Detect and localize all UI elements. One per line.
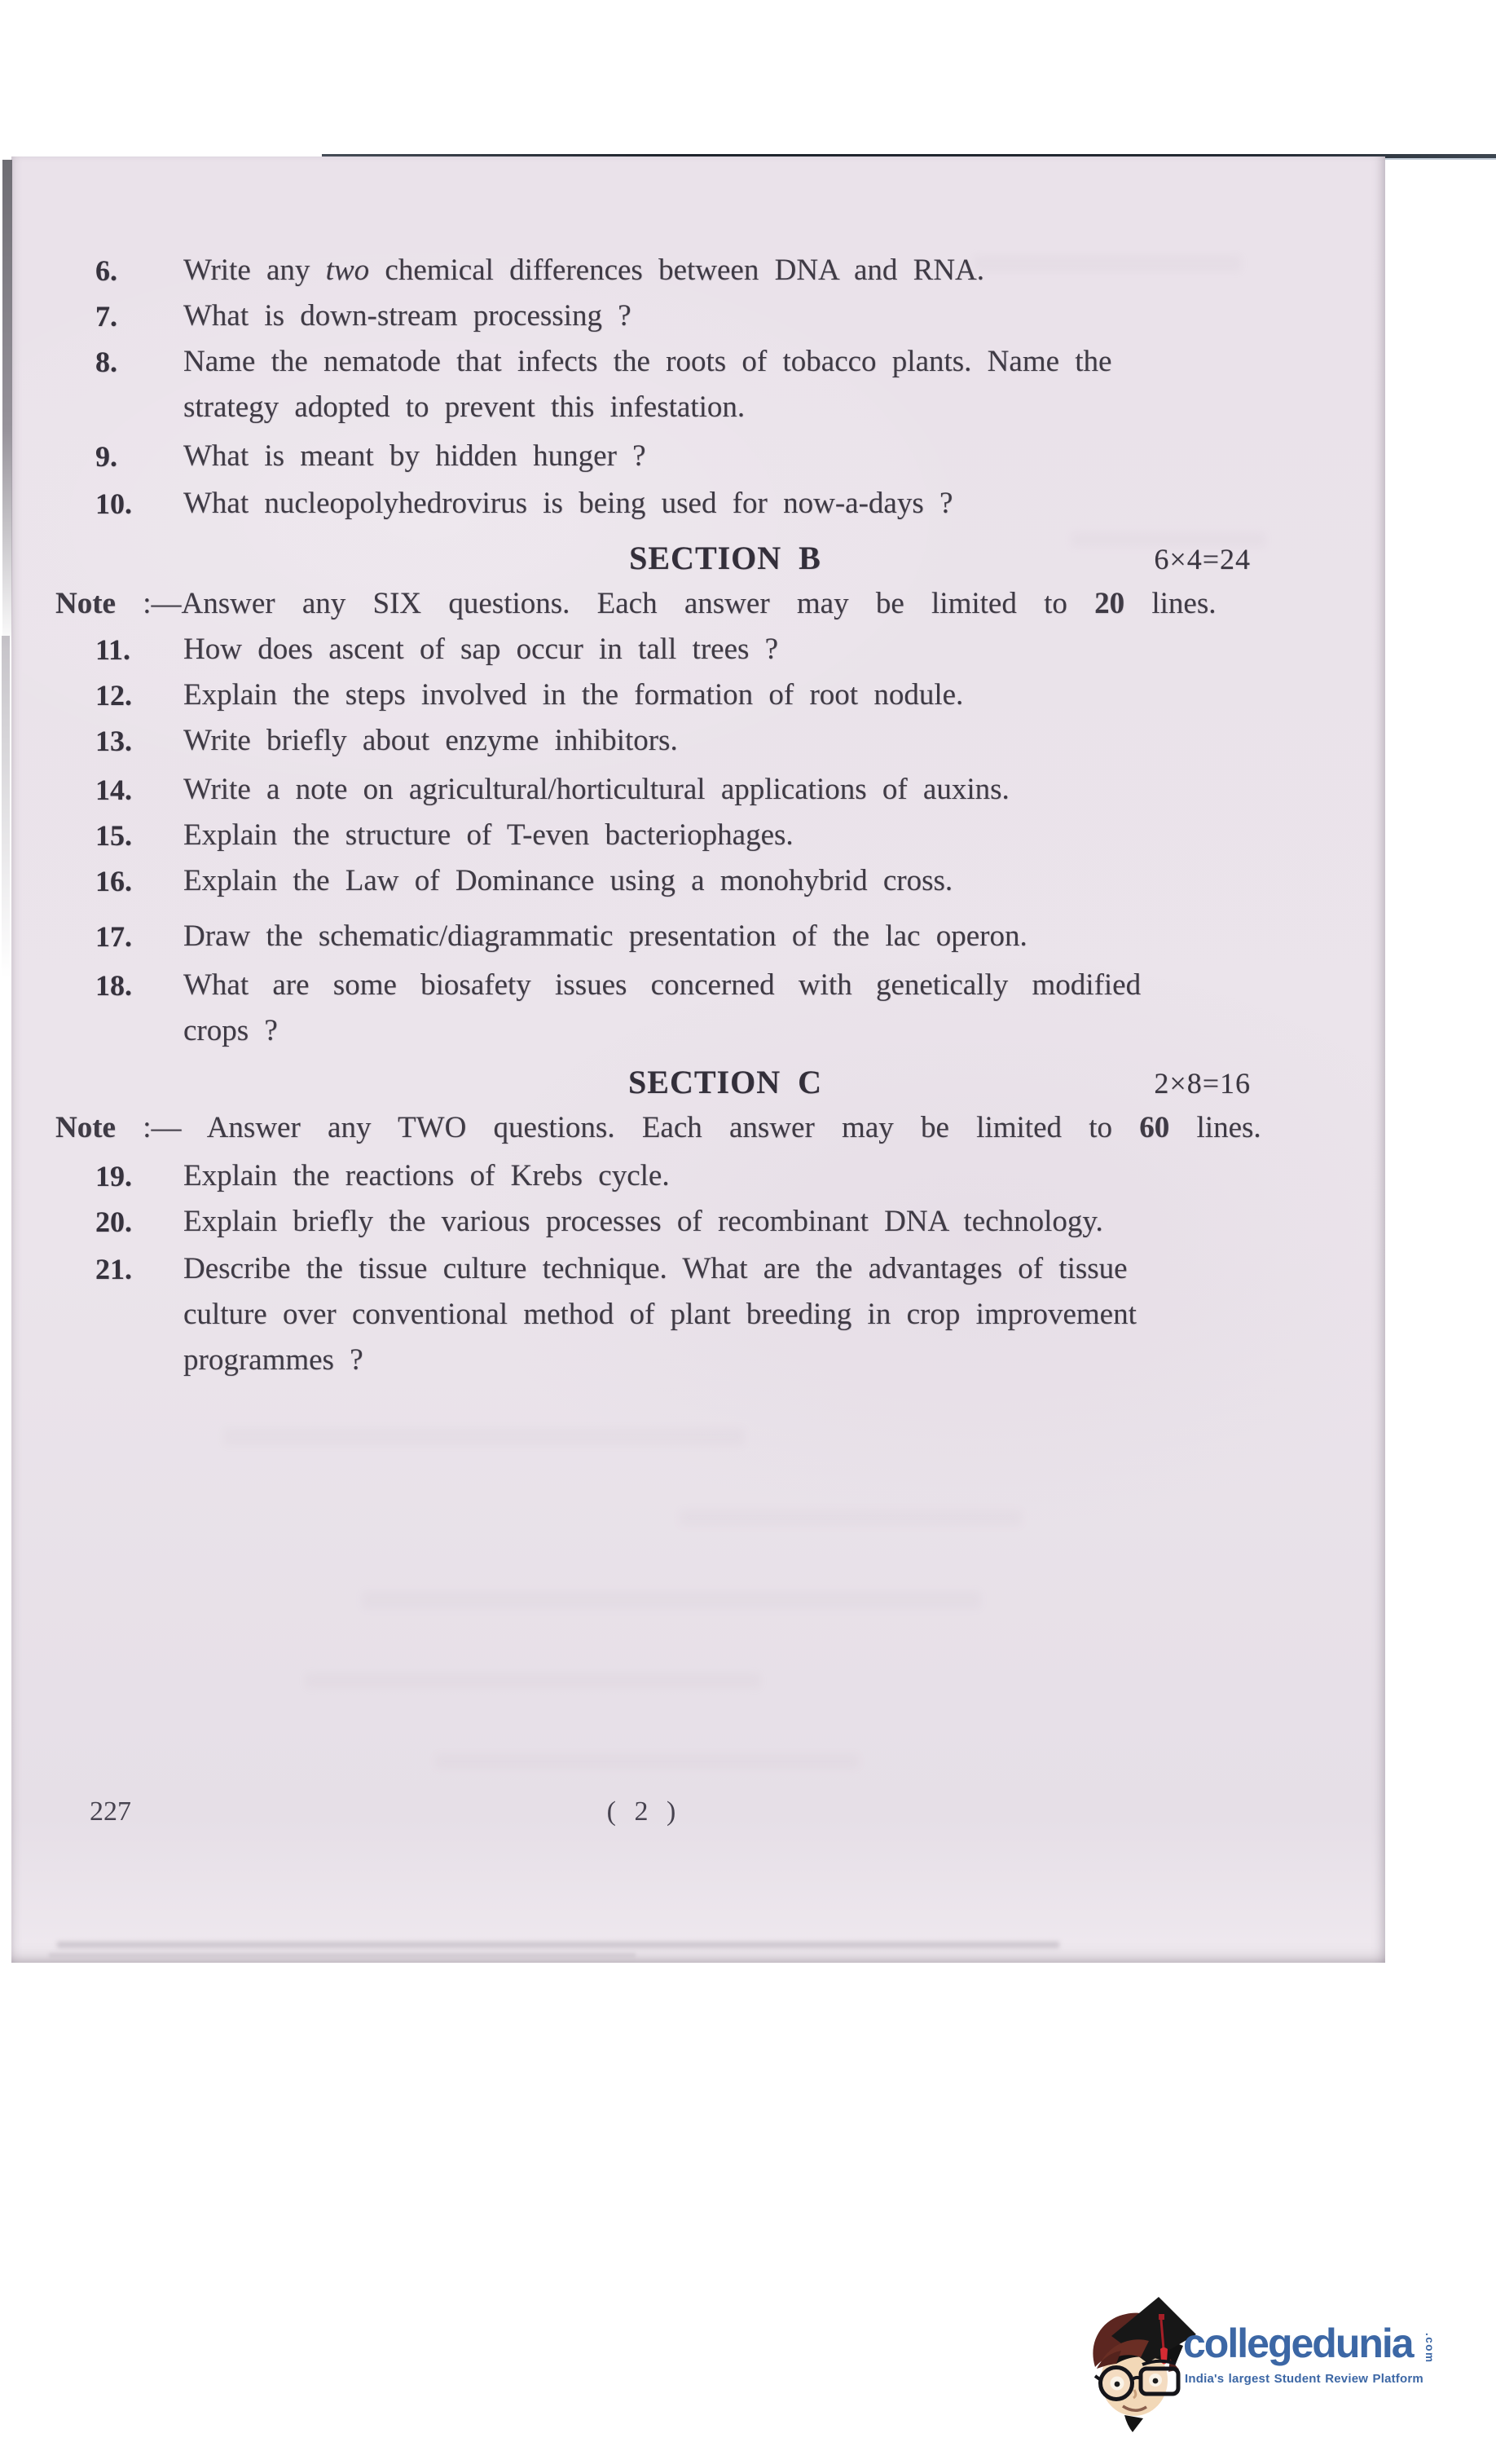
question-number: 17. [95, 914, 183, 959]
question-number: 12. [95, 672, 183, 718]
question-text: How does ascent of sap occur in tall tre… [183, 627, 1259, 672]
question-row: 20. Explain briefly the various processe… [95, 1199, 1385, 1245]
question-paper-sheet: 6. Write any two chemical differences be… [11, 156, 1385, 1963]
note-text: :—Answer any SIX questions. Each answer … [116, 587, 1094, 620]
bleed-through-smudge [435, 1754, 859, 1769]
scanned-exam-page: 6. Write any two chemical differences be… [0, 0, 1496, 2464]
question-text-italic: two [326, 253, 369, 287]
question-text: Draw the schematic/diagrammatic presenta… [183, 914, 1259, 959]
question-number: 20. [95, 1199, 183, 1245]
bleed-through-smudge [305, 1673, 761, 1689]
question-text: Write any two chemical differences betwe… [183, 248, 1259, 293]
question-text-line: Name the nematode that infects the roots… [183, 339, 1259, 385]
section-b-marks: 6×4=24 [1154, 536, 1251, 582]
question-row: 11. How does ascent of sap occur in tall… [95, 627, 1385, 672]
question-text: Explain the steps involved in the format… [183, 672, 1259, 718]
question-text-line: What are some biosafety issues concerned… [183, 963, 1259, 1008]
question-number: 21. [95, 1246, 183, 1383]
scan-left-edge-shadow-lower [2, 636, 10, 978]
question-row: 14. Write a note on agricultural/horticu… [95, 767, 1385, 813]
question-text-line: programmes ? [183, 1338, 1259, 1383]
section-c-marks: 2×8=16 [1154, 1060, 1251, 1106]
question-text: What nucleopolyhedrovirus is being used … [183, 481, 1259, 527]
brand-domain-suffix: .com [1423, 2333, 1436, 2364]
scan-bottom-streak [57, 1942, 1059, 1948]
question-number: 7. [95, 293, 183, 339]
brand-wordmark: collegedunia [1183, 2320, 1413, 2367]
question-number: 8. [95, 339, 183, 430]
question-text: Explain the reactions of Krebs cycle. [183, 1153, 1259, 1199]
graduate-mascot-icon [1084, 2287, 1199, 2442]
question-row: 17. Draw the schematic/diagrammatic pres… [95, 914, 1385, 959]
question-row: 12. Explain the steps involved in the fo… [95, 672, 1385, 718]
note-text: lines. [1124, 587, 1216, 620]
question-text: What is meant by hidden hunger ? [183, 434, 1259, 479]
question-number: 15. [95, 813, 183, 858]
brand-tagline: India's largest Student Review Platform [1185, 2372, 1423, 2386]
note-line-limit: 20 [1094, 587, 1124, 620]
question-number: 11. [95, 627, 183, 672]
question-text-line: strategy adopted to prevent this infesta… [183, 385, 1259, 430]
question-text: Write briefly about enzyme inhibitors. [183, 718, 1259, 764]
question-row: 6. Write any two chemical differences be… [95, 248, 1385, 293]
question-row: 9. What is meant by hidden hunger ? [95, 434, 1385, 479]
question-number: 9. [95, 434, 183, 479]
question-text: Write a note on agricultural/horticultur… [183, 767, 1259, 813]
question-text: Describe the tissue culture technique. W… [183, 1246, 1259, 1383]
question-text: What are some biosafety issues concerned… [183, 963, 1259, 1054]
section-b-heading-row: SECTION B 6×4=24 [11, 536, 1385, 581]
note-label: Note [55, 1111, 116, 1144]
question-text-segment: Write any [183, 253, 326, 287]
bleed-through-smudge [680, 1510, 1022, 1526]
footer-paper-code: 227 [90, 1796, 131, 1827]
question-number: 16. [95, 858, 183, 904]
page-footer: 227 ( 2 ) [11, 1796, 1385, 1842]
question-row: 13. Write briefly about enzyme inhibitor… [95, 718, 1385, 764]
question-text: Explain briefly the various processes of… [183, 1199, 1259, 1245]
bleed-through-smudge [223, 1428, 745, 1446]
question-row: 18. What are some biosafety issues conce… [95, 963, 1385, 1054]
question-number: 19. [95, 1153, 183, 1199]
note-text: :— Answer any TWO questions. Each answer… [116, 1111, 1139, 1144]
question-number: 18. [95, 963, 183, 1054]
question-row: 19. Explain the reactions of Krebs cycle… [95, 1153, 1385, 1199]
question-row: 15. Explain the structure of T-even bact… [95, 813, 1385, 858]
questions-block: 6. Write any two chemical differences be… [11, 248, 1385, 1383]
question-text: Explain the structure of T-even bacterio… [183, 813, 1259, 858]
question-text: Explain the Law of Dominance using a mon… [183, 858, 1259, 904]
collegedunia-logo: collegedunia .com India's largest Studen… [1084, 2281, 1491, 2464]
question-row: 7. What is down-stream processing ? [95, 293, 1385, 339]
question-text: Name the nematode that infects the roots… [183, 339, 1259, 430]
section-b-title: SECTION B [629, 536, 821, 581]
section-c-title: SECTION C [628, 1060, 822, 1105]
question-text-line: crops ? [183, 1008, 1259, 1054]
question-number: 10. [95, 481, 183, 527]
question-text-line: culture over conventional method of plan… [183, 1292, 1259, 1338]
question-number: 14. [95, 767, 183, 813]
section-c-heading-row: SECTION C 2×8=16 [11, 1060, 1385, 1105]
question-row: 21. Describe the tissue culture techniqu… [95, 1246, 1385, 1383]
question-row: 8. Name the nematode that infects the ro… [95, 339, 1385, 430]
question-text: What is down-stream processing ? [183, 293, 1259, 339]
bleed-through-smudge [362, 1591, 981, 1609]
question-number: 13. [95, 718, 183, 764]
question-row: 16. Explain the Law of Dominance using a… [95, 858, 1385, 904]
question-text-segment: chemical differences between DNA and RNA… [369, 253, 984, 287]
footer-page-number: ( 2 ) [607, 1796, 676, 1827]
note-line-limit: 60 [1139, 1111, 1169, 1144]
scan-left-edge-shadow [2, 160, 12, 649]
section-c-note: Note :— Answer any TWO questions. Each a… [55, 1105, 1278, 1151]
question-row: 10. What nucleopolyhedrovirus is being u… [95, 481, 1385, 527]
question-number: 6. [95, 248, 183, 293]
question-text-line: Describe the tissue culture technique. W… [183, 1246, 1259, 1292]
note-text: lines. [1169, 1111, 1261, 1144]
scan-bottom-streak-lower [49, 1953, 636, 1958]
note-label: Note [55, 587, 116, 620]
section-b-note: Note :—Answer any SIX questions. Each an… [55, 581, 1278, 627]
